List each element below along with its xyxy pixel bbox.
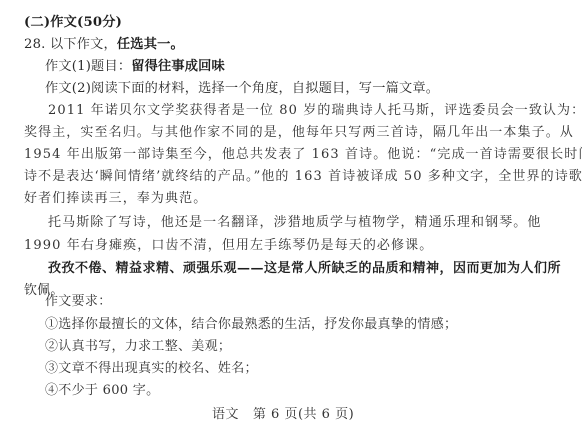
footer-page-number: 第 6 页(共 6 页) — [253, 407, 354, 422]
section-title: (二)作文(50分) — [24, 14, 122, 32]
footer-subject: 语文 — [212, 407, 239, 422]
option1-title: 留得往事成回味 — [131, 59, 225, 74]
material-line: 好者们捧读再三，奉为典范。 — [24, 190, 207, 208]
material-line: 奖得主，实至名归。与其他作家不同的是，他每年只写两三首诗，隔几年出一本集子。从 — [24, 124, 574, 142]
instruction-emphasis: 任选其一。 — [117, 37, 184, 52]
essay-option-2: 作文(2)阅读下面的材料，选择一个角度，自拟题目，写一篇文章。 — [45, 80, 439, 98]
material-line: 2011 年诺贝尔文学奖获得者是一位 80 岁的瑞典诗人托马斯，评选委员会一致认… — [48, 102, 582, 120]
material-line: 托马斯除了写诗，他还是一名翻译，涉猎地质学与植物学，精通乐理和钢琴。他 — [48, 214, 542, 232]
requirement-item: ①选择你最擅长的文体，结合你最熟悉的生活，抒发你最真挚的情感； — [45, 316, 457, 334]
material-line: 1954 年出版第一部诗集至今，他总共发表了 163 首诗。他说：“完成一首诗需… — [24, 146, 582, 164]
requirement-item: ④不少于 600 字。 — [45, 382, 159, 400]
material-line: 诗不是表达‘瞬间情绪’就终结的产品。”他的 163 首诗被译成 50 多种文字，… — [24, 168, 582, 186]
page-footer: 语文 第 6 页(共 6 页) — [212, 406, 354, 424]
material-line: 1990 年右身瘫痪，口齿不清，但用左手练琴仍是每天的必修课。 — [24, 237, 433, 255]
question-number: 28. — [24, 37, 46, 52]
material-summary: 孜孜不倦、精益求精、顽强乐观——这是常人所缺乏的品质和精神，因而更加为人们所 — [48, 260, 561, 278]
question-instruction: 28. 以下作文，任选其一。 — [24, 36, 184, 54]
essay-option-1: 作文(1)题目：留得往事成回味 — [45, 58, 225, 76]
instruction-text: 以下作文， — [50, 37, 117, 52]
option1-prefix: 作文(1)题目： — [45, 59, 131, 74]
requirement-item: ③文章不得出现真实的校名、姓名； — [45, 360, 258, 378]
requirements-heading: 作文要求： — [45, 293, 112, 311]
requirement-item: ②认真书写，力求工整、美观； — [45, 338, 231, 356]
